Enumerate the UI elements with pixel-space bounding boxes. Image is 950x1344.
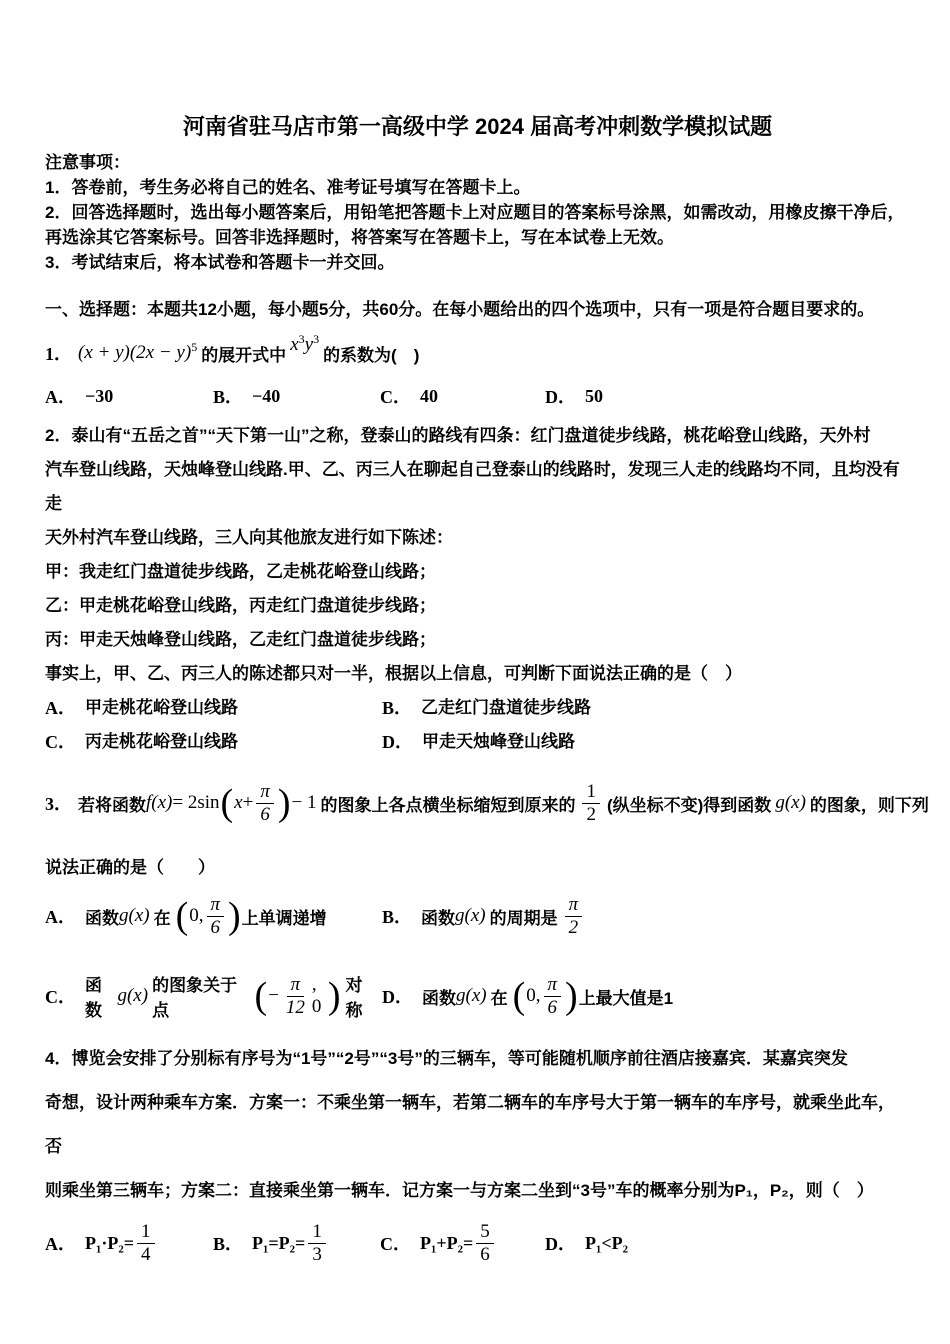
open-paren: ( — [513, 978, 526, 1014]
g-name: g — [119, 905, 129, 927]
notice-line-3: 3．考试结束后，将本试卷和答题卡一并交回。 — [45, 250, 910, 275]
q3-f-pi-over-6: π6 — [256, 781, 274, 826]
q4-option-b: B．P₁=P₂=13 — [213, 1215, 380, 1271]
frac-den: 6 — [207, 917, 225, 939]
q1-term-y: y — [305, 334, 313, 356]
notice-line-2: 2．回答选择题时，选出每小题答案后，用铅笔把答题卡上对应题目的答案标号涂黑，如需… — [45, 200, 910, 225]
q2-option-d-text: 甲走天烛峰登山线路 — [422, 725, 575, 759]
q3-option-c-point: (−π12, 0) — [254, 974, 342, 1019]
q1-option-b-label: B． — [213, 383, 243, 409]
question-1: 1． (x + y)(2x − y)5 的展开式中 x3y3 的系数为( ) — [45, 329, 910, 377]
frac-den: 3 — [308, 1244, 326, 1266]
q3-text-mid3: 的图象，则下列 — [810, 791, 929, 816]
five-sixths: 56 — [476, 1221, 494, 1266]
q1-term-x: x — [290, 334, 298, 356]
q3-f-frac-num: π — [256, 781, 274, 804]
q4-options: A．P₁·P₂=14 B．P₁=P₂=13 C．P₁+P₂=56 D．P₁<P₂ — [45, 1215, 910, 1271]
q2-statement-jia: 甲：我走红门盘道徒步线路，乙走桃花峪登山线路； — [45, 555, 910, 589]
q2-option-c: C．丙走桃花峪登山线路 — [45, 725, 382, 759]
q3-option-c-label: C． — [45, 983, 76, 1009]
q1-option-b-value: −40 — [252, 386, 280, 407]
q3-option-d-label: D． — [382, 983, 413, 1009]
q1-text-tail: 的系数为( ) — [323, 341, 419, 366]
q3-g-arg: (x) — [785, 792, 806, 814]
q3-g-function: g(x) — [775, 792, 806, 814]
q2-option-d: D．甲走天烛峰登山线路 — [382, 725, 910, 759]
pi-over-6: π6 — [544, 974, 562, 1019]
q3-option-b-label: B． — [382, 903, 412, 929]
q4-option-d-expr: P₁<P₂ — [585, 1233, 628, 1254]
frac-den: 2 — [565, 917, 583, 939]
q4-line-1: 4．博览会安排了分别标有序号为“1号”“2号”“3号”的三辆车，等可能随机顺序前… — [45, 1037, 910, 1081]
page-title: 河南省驻马店市第一高级中学 2024 届高考冲刺数学模拟试题 — [45, 112, 910, 142]
q2-options: A．甲走桃花峪登山线路 B．乙走红门盘道徒步线路 C．丙走桃花峪登山线路 D．甲… — [45, 691, 910, 759]
q4-option-d-label: D． — [545, 1230, 576, 1256]
frac-den: 12 — [282, 997, 309, 1019]
q4-option-a-expr: P₁·P₂= — [85, 1233, 134, 1254]
q3-f-frac-den: 6 — [256, 804, 274, 826]
q1-option-d-label: D． — [545, 383, 576, 409]
q3-options-row2: C． 函数 g(x) 的图象关于点 (−π12, 0) 对称 D． 函数 g(x… — [45, 969, 910, 1023]
q3-half-fraction: 12 — [579, 781, 603, 826]
q3-option-b-t1: 函数 — [421, 904, 455, 929]
q3-half-num: 1 — [582, 781, 600, 804]
q2-line-3: 天外村汽车登山线路，三人向其他旅友进行如下陈述： — [45, 521, 910, 555]
open-paren: ( — [221, 785, 234, 821]
g-arg: (x) — [127, 985, 148, 1007]
q1-term-y-exp: 3 — [313, 332, 319, 347]
q3-f-arg: (x) — [151, 792, 172, 814]
q2-option-b-text: 乙走红门盘道徒步线路 — [421, 691, 591, 725]
frac-den: 6 — [476, 1244, 494, 1266]
q3-option-d-t3: 上最大值是1 — [579, 984, 673, 1009]
q3-option-a-g: g(x) — [119, 905, 150, 927]
q2-line-2: 汽车登山线路，天烛峰登山线路.甲、乙、丙三人在聊起自己登泰山的线路时，发现三人走… — [45, 453, 910, 521]
close-paren: ) — [565, 978, 578, 1014]
frac-den: 4 — [137, 1244, 155, 1266]
q3-option-d-g: g(x) — [456, 985, 487, 1007]
question-4: 4．博览会安排了分别标有序号为“1号”“2号”“3号”的三辆车，等可能随机顺序前… — [45, 1037, 910, 1213]
q3-option-c-g: g(x) — [117, 985, 148, 1007]
q1-option-c: C．40 — [380, 383, 545, 409]
q3-text-mid2: (纵坐标不变)得到函数 — [607, 791, 771, 816]
q2-option-a-label: A． — [45, 691, 76, 725]
q3-option-c-t1: 函数 — [85, 971, 117, 1021]
q3-option-a-t1: 函数 — [85, 904, 119, 929]
question-2: 2．泰山有“五岳之首”“天下第一山”之称，登泰山的路线有四条：红门盘道徒步线路，… — [45, 419, 910, 691]
g-arg: (x) — [465, 905, 486, 927]
q2-conclusion: 事实上，甲、乙、丙三人的陈述都只对一半，根据以上信息，可判断下面说法正确的是（ … — [45, 657, 910, 691]
pi-over-12: π12 — [282, 974, 309, 1019]
one-third: 13 — [308, 1221, 326, 1266]
q2-option-b-label: B． — [382, 691, 412, 725]
q1-option-a-value: −30 — [85, 386, 113, 407]
q3-option-a: A． 函数 g(x) 在 (0,π6) 上单调递增 — [45, 894, 382, 939]
point-comma-zero: , 0 — [312, 974, 327, 1018]
frac-num: π — [207, 894, 225, 917]
section-1-heading: 一、选择题：本题共12小题，每小题5分，共60分。在每小题给出的四个选项中，只有… — [45, 297, 910, 323]
q4-option-b-frac: 13 — [305, 1221, 329, 1266]
q3-g-name: g — [775, 792, 785, 814]
q3-f-tail: − 1 — [292, 792, 317, 814]
close-paren: ) — [228, 898, 241, 934]
q1-binomial-expression: (x + y)(2x − y)5 — [78, 342, 197, 364]
one-quarter: 14 — [137, 1221, 155, 1266]
close-paren: ) — [328, 978, 341, 1014]
q3-f-formula: f(x) = 2sin ( x + π6 ) − 1 — [146, 781, 316, 826]
q3-text-lead: 若将函数 — [78, 791, 146, 816]
q1-term-x3y3: x3y3 — [290, 334, 319, 356]
open-paren: ( — [176, 898, 189, 934]
notice-line-1: 1．答卷前，考生务必将自己的姓名、准考证号填写在答题卡上。 — [45, 175, 910, 200]
q4-option-d: D．P₁<P₂ — [545, 1215, 910, 1271]
q4-option-b-expr: P₁=P₂= — [252, 1233, 305, 1254]
open-paren: ( — [255, 978, 268, 1014]
exam-page: 河南省驻马店市第一高级中学 2024 届高考冲刺数学模拟试题 注意事项： 1．答… — [0, 0, 950, 1344]
q3-number: 3． — [45, 790, 72, 816]
q3-option-d: D． 函数 g(x) 在 (0,π6) 上最大值是1 — [382, 974, 910, 1019]
interval-zero: 0, — [526, 985, 540, 1007]
close-paren: ) — [278, 785, 291, 821]
q2-option-d-label: D． — [382, 725, 413, 759]
g-name: g — [455, 905, 465, 927]
q4-option-c: C．P₁+P₂=56 — [380, 1215, 545, 1271]
q4-option-a: A．P₁·P₂=14 — [45, 1215, 213, 1271]
frac-den: 6 — [544, 997, 562, 1019]
q3-option-d-t1: 函数 — [422, 984, 456, 1009]
q3-f-equals-sin: = 2sin — [172, 792, 219, 814]
q3-option-b-t2: 的周期是 — [490, 904, 558, 929]
q3-text-mid1: 的图象上各点横坐标缩短到原来的 — [320, 791, 575, 816]
q1-option-b: B．−40 — [213, 383, 380, 409]
q3-f-plus: + — [243, 792, 254, 814]
q3-text-line2: 说法正确的是（ ） — [45, 855, 910, 881]
q1-text-mid: 的展开式中 — [201, 341, 286, 366]
q2-line-1: 2．泰山有“五岳之首”“天下第一山”之称，登泰山的路线有四条：红门盘道徒步线路，… — [45, 419, 910, 453]
notice-heading: 注意事项： — [45, 150, 910, 175]
q2-option-b: B．乙走红门盘道徒步线路 — [382, 691, 910, 725]
frac-num: π — [287, 974, 305, 997]
q1-option-d-value: 50 — [585, 386, 603, 407]
g-name: g — [117, 985, 127, 1007]
q2-option-a-text: 甲走桃花峪登山线路 — [85, 691, 238, 725]
g-arg: (x) — [466, 985, 487, 1007]
q4-option-c-frac: 56 — [473, 1221, 497, 1266]
q3-half-frac: 12 — [582, 781, 600, 826]
frac-num: 5 — [476, 1221, 494, 1244]
q4-line-3: 则乘坐第三辆车；方案二：直接乘坐第一辆车．记方案一与方案二坐到“3号”车的概率分… — [45, 1169, 910, 1213]
notice-line-2b: 再选涂其它答案标号。回答非选择题时，将答案写在答题卡上，写在本试卷上无效。 — [45, 225, 910, 250]
q1-expr-base: (x + y)(2x − y) — [78, 342, 191, 364]
q3-option-a-t3: 上单调递增 — [242, 904, 327, 929]
q1-option-c-label: C． — [380, 383, 411, 409]
minus-sign: − — [268, 985, 279, 1007]
q3-half-den: 2 — [582, 804, 600, 826]
q1-option-a: A．−30 — [45, 383, 213, 409]
frac-num: 1 — [308, 1221, 326, 1244]
q3-option-b-period: π2 — [562, 894, 586, 939]
q1-option-c-value: 40 — [420, 386, 438, 407]
q4-option-b-label: B． — [213, 1230, 243, 1256]
q1-expr-exponent: 5 — [191, 340, 197, 355]
pi-over-6: π6 — [207, 894, 225, 939]
q2-statement-bing: 丙：甲走天烛峰登山线路，乙走红门盘道徒步线路； — [45, 623, 910, 657]
q1-option-d: D．50 — [545, 383, 910, 409]
q3-f-x: x — [234, 792, 242, 814]
frac-num: π — [544, 974, 562, 997]
g-arg: (x) — [129, 905, 150, 927]
q3-option-b-g: g(x) — [455, 905, 486, 927]
notice-section: 注意事项： 1．答卷前，考生务必将自己的姓名、准考证号填写在答题卡上。 2．回答… — [45, 150, 910, 275]
q4-option-c-label: C． — [380, 1230, 411, 1256]
q4-line-2: 奇想，设计两种乘车方案．方案一：不乘坐第一辆车，若第二辆车的车序号大于第一辆车的… — [45, 1081, 910, 1169]
q3-option-b: B． 函数 g(x) 的周期是 π2 — [382, 894, 910, 939]
q4-option-a-frac: 14 — [134, 1221, 158, 1266]
q2-option-a: A．甲走桃花峪登山线路 — [45, 691, 382, 725]
interval-zero: 0, — [189, 905, 203, 927]
frac-num: π — [565, 894, 583, 917]
frac-num: 1 — [137, 1221, 155, 1244]
q3-option-c-t2: 的图象关于点 — [152, 971, 249, 1021]
question-3: 3． 若将函数 f(x) = 2sin ( x + π6 ) − 1 的图象上各… — [45, 773, 910, 833]
q3-option-d-interval: (0,π6) — [512, 974, 579, 1019]
q4-option-c-expr: P₁+P₂= — [420, 1233, 473, 1254]
q1-option-a-label: A． — [45, 383, 76, 409]
q2-statement-yi: 乙：甲走桃花峪登山线路，丙走红门盘道徒步线路； — [45, 589, 910, 623]
q2-option-c-text: 丙走桃花峪登山线路 — [85, 725, 238, 759]
q1-options: A．−30 B．−40 C．40 D．50 — [45, 383, 910, 409]
q3-option-a-t2: 在 — [154, 904, 171, 929]
q1-number: 1． — [45, 340, 72, 366]
q3-option-c-t3: 对称 — [346, 971, 378, 1021]
pi-over-2: π2 — [565, 894, 583, 939]
q3-option-d-t2: 在 — [491, 984, 508, 1009]
q3-option-a-interval: (0,π6) — [175, 894, 242, 939]
q3-option-a-label: A． — [45, 903, 76, 929]
q3-options-row1: A． 函数 g(x) 在 (0,π6) 上单调递增 B． 函数 g(x) 的周期… — [45, 889, 910, 943]
q4-option-a-label: A． — [45, 1230, 76, 1256]
g-name: g — [456, 985, 466, 1007]
q2-option-c-label: C． — [45, 725, 76, 759]
q3-option-c: C． 函数 g(x) 的图象关于点 (−π12, 0) 对称 — [45, 971, 382, 1021]
